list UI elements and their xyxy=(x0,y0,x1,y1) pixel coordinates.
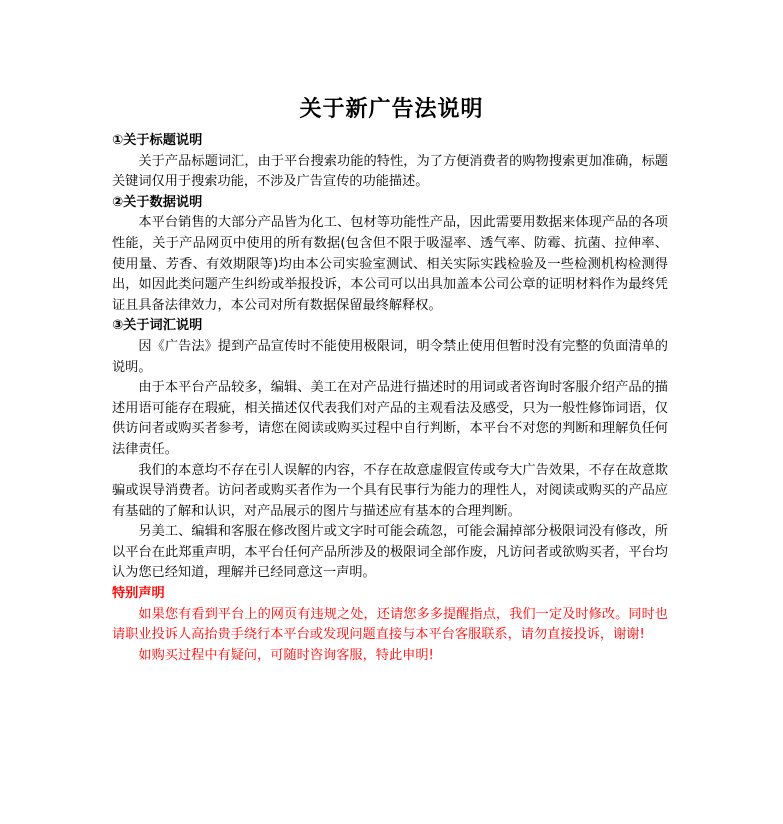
paragraph: 另美工、编辑和客服在修改图片或文字时可能会疏忽，可能会漏掉部分极限词没有修改，所… xyxy=(112,522,668,584)
section-data-notice: ②关于数据说明 本平台销售的大部分产品皆为化工、包材等功能性产品，因此需要用数据… xyxy=(112,193,668,317)
document-title: 关于新广告法说明 xyxy=(0,94,783,124)
section-heading: ①关于标题说明 xyxy=(112,131,668,152)
section-special-statement: 特别声明 如果您有看到平台上的网页有违规之处，还请您多多提醒指点，我们一定及时修… xyxy=(112,584,668,666)
paragraph: 如购买过程中有疑问，可随时咨询客服，特此申明! xyxy=(112,646,668,667)
paragraph: 因《广告法》提到产品宣传时不能使用极限词，明令禁止使用但暂时没有完整的负面清单的… xyxy=(112,337,668,378)
section-heading: ③关于词汇说明 xyxy=(112,316,668,337)
section-heading: 特别声明 xyxy=(112,584,668,605)
paragraph: 如果您有看到平台上的网页有违规之处，还请您多多提醒指点，我们一定及时修改。同时也… xyxy=(112,605,668,646)
paragraph: 由于本平台产品较多，编辑、美工在对产品进行描述时的用词或者咨询时客服介绍产品的描… xyxy=(112,378,668,460)
section-title-notice: ①关于标题说明 关于产品标题词汇，由于平台搜索功能的特性，为了方便消费者的购物搜… xyxy=(112,131,668,193)
section-heading: ②关于数据说明 xyxy=(112,193,668,214)
paragraph: 关于产品标题词汇，由于平台搜索功能的特性，为了方便消费者的购物搜索更加准确，标题… xyxy=(112,152,668,193)
section-vocabulary-notice: ③关于词汇说明 因《广告法》提到产品宣传时不能使用极限词，明令禁止使用但暂时没有… xyxy=(112,316,668,584)
document-body: ①关于标题说明 关于产品标题词汇，由于平台搜索功能的特性，为了方便消费者的购物搜… xyxy=(112,131,668,666)
paragraph: 本平台销售的大部分产品皆为化工、包材等功能性产品，因此需要用数据来体现产品的各项… xyxy=(112,213,668,316)
paragraph: 我们的本意均不存在引人误解的内容，不存在故意虚假宣传或夸大广告效果，不存在故意欺… xyxy=(112,461,668,523)
